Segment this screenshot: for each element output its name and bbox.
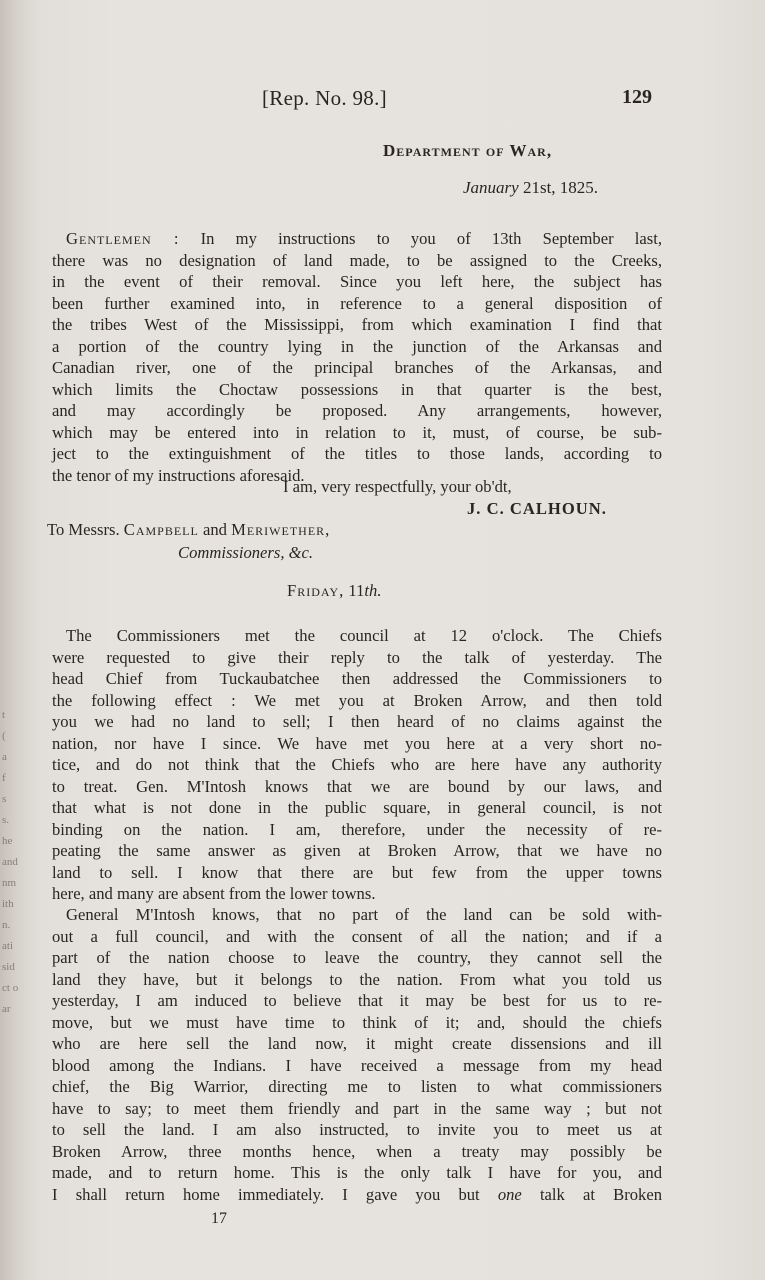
last-line-after: talk at Broken (522, 1185, 662, 1204)
letter-salutation: Gentlemen : (66, 229, 179, 248)
letter-signature: J. C. CALHOUN. (467, 499, 607, 519)
letter-department: Department of War, (383, 141, 552, 161)
bleed-line: n. (2, 915, 26, 936)
journal-line: The Commissioners met the council at 12 … (52, 625, 662, 647)
bleed-line: t (2, 705, 26, 726)
letter-line: the tribes West of the Mississippi, from… (52, 314, 662, 336)
journal-line: who are here sell the land now, it might… (52, 1033, 662, 1055)
letter-body: Gentlemen : In my instructions to you of… (52, 228, 662, 486)
bleed-line: s. (2, 810, 26, 831)
book-page: t ( a f s s. he and nm ith n. ati sid ct… (0, 0, 765, 1280)
letter-line: Canadian river, one of the principal bra… (52, 357, 662, 379)
journal-line: tice, and do not think that the Chiefs w… (52, 754, 662, 776)
addressee-name-1: Campbell (124, 520, 199, 539)
journal-line: to treat. Gen. M'Intosh knows that we ar… (52, 776, 662, 798)
bleed-line: sid (2, 957, 26, 978)
journal-line: General M'Intosh knows, that no part of … (52, 904, 662, 926)
journal-paragraph-1: The Commissioners met the council at 12 … (52, 625, 662, 905)
bleed-line: ati (2, 936, 26, 957)
bleed-line: nm (2, 873, 26, 894)
page-gutter-shadow (0, 0, 28, 1280)
journal-line: land to sell. I know that there are but … (52, 862, 662, 884)
letter-line: there was no designation of land made, t… (52, 250, 662, 272)
running-header: [Rep. No. 98.] (262, 86, 387, 111)
bleed-line: ct o (2, 978, 26, 999)
journal-line: have to say; to meet them friendly and p… (52, 1098, 662, 1120)
journal-line: the following effect : We met you at Bro… (52, 690, 662, 712)
journal-line: part of the nation choose to leave the c… (52, 947, 662, 969)
bleed-line: and (2, 852, 26, 873)
day-heading-number: 11 (344, 581, 364, 600)
journal-line: yesterday, I am induced to believe that … (52, 990, 662, 1012)
addressee-prefix: To Messrs. (47, 520, 124, 539)
letter-date: January 21st, 1825. (463, 178, 598, 198)
journal-line: binding on the nation. I am, therefore, … (52, 819, 662, 841)
letter-date-month: January (463, 178, 519, 197)
bleed-line: he (2, 831, 26, 852)
journal-line: to sell the land. I am also instructed, … (52, 1119, 662, 1141)
bleed-line: ith (2, 894, 26, 915)
journal-line: you we had no land to sell; I then heard… (52, 711, 662, 733)
bleed-line: f (2, 768, 26, 789)
last-line-before: I shall return home immediately. I gave … (52, 1185, 498, 1204)
journal-line: out a full council, and with the consent… (52, 926, 662, 948)
bleed-line: s (2, 789, 26, 810)
bleed-line: ar (2, 999, 26, 1020)
letter-addressee: To Messrs. Campbell and Meriwether, (47, 520, 330, 540)
letter-line: been further examined into, in reference… (52, 293, 662, 315)
letter-line: which limits the Choctaw possessions in … (52, 379, 662, 401)
journal-line: here, and many are absent from the lower… (52, 883, 662, 905)
addressee-name-2: Meriwether, (231, 520, 330, 539)
letter-line: in the event of their removal. Since you… (52, 271, 662, 293)
letter-line: and may accordingly be proposed. Any arr… (52, 400, 662, 422)
page-number: 129 (622, 86, 652, 109)
letter-date-rest: 21st, 1825. (519, 178, 598, 197)
journal-line: peating the same answer as given at Brok… (52, 840, 662, 862)
journal-line: chief, the Big Warrior, directing me to … (52, 1076, 662, 1098)
journal-line: Broken Arrow, three months hence, when a… (52, 1141, 662, 1163)
letter-line: which may be entered into in relation to… (52, 422, 662, 444)
day-heading-weekday: Friday, (287, 581, 344, 600)
last-line-italic: one (498, 1185, 522, 1204)
journal-line: I shall return home immediately. I gave … (52, 1184, 662, 1206)
journal-line: move, but we must have time to think of … (52, 1012, 662, 1034)
letter-closing: I am, very respectfully, your ob'dt, (283, 477, 512, 497)
letter-line: a portion of the country lying in the ju… (52, 336, 662, 358)
journal-paragraph-2: General M'Intosh knows, that no part of … (52, 904, 662, 1205)
letter-line: ject to the extinguishment of the titles… (52, 443, 662, 465)
letter-line-text: In my instructions to you of 13th Septem… (179, 229, 662, 248)
journal-line: were requested to give their reply to th… (52, 647, 662, 669)
journal-day-heading: Friday, 11th. (287, 581, 381, 601)
day-heading-suffix: th. (364, 581, 381, 600)
addressee-and: and (199, 520, 231, 539)
journal-line: head Chief from Tuckaubatchee then addre… (52, 668, 662, 690)
journal-line: made, and to return home. This is the on… (52, 1162, 662, 1184)
journal-line: that what is not done in the public squa… (52, 797, 662, 819)
journal-line: land they have, but it belongs to the na… (52, 969, 662, 991)
signature-mark: 17 (211, 1210, 227, 1228)
letter-line: Gentlemen : In my instructions to you of… (52, 228, 662, 250)
bleed-line: a (2, 747, 26, 768)
bleed-line: ( (2, 726, 26, 747)
journal-line: blood among the Indians. I have received… (52, 1055, 662, 1077)
margin-bleed-through: t ( a f s s. he and nm ith n. ati sid ct… (2, 705, 26, 1020)
journal-line: nation, nor have I since. We have met yo… (52, 733, 662, 755)
addressee-title: Commissioners, &c. (178, 543, 313, 563)
